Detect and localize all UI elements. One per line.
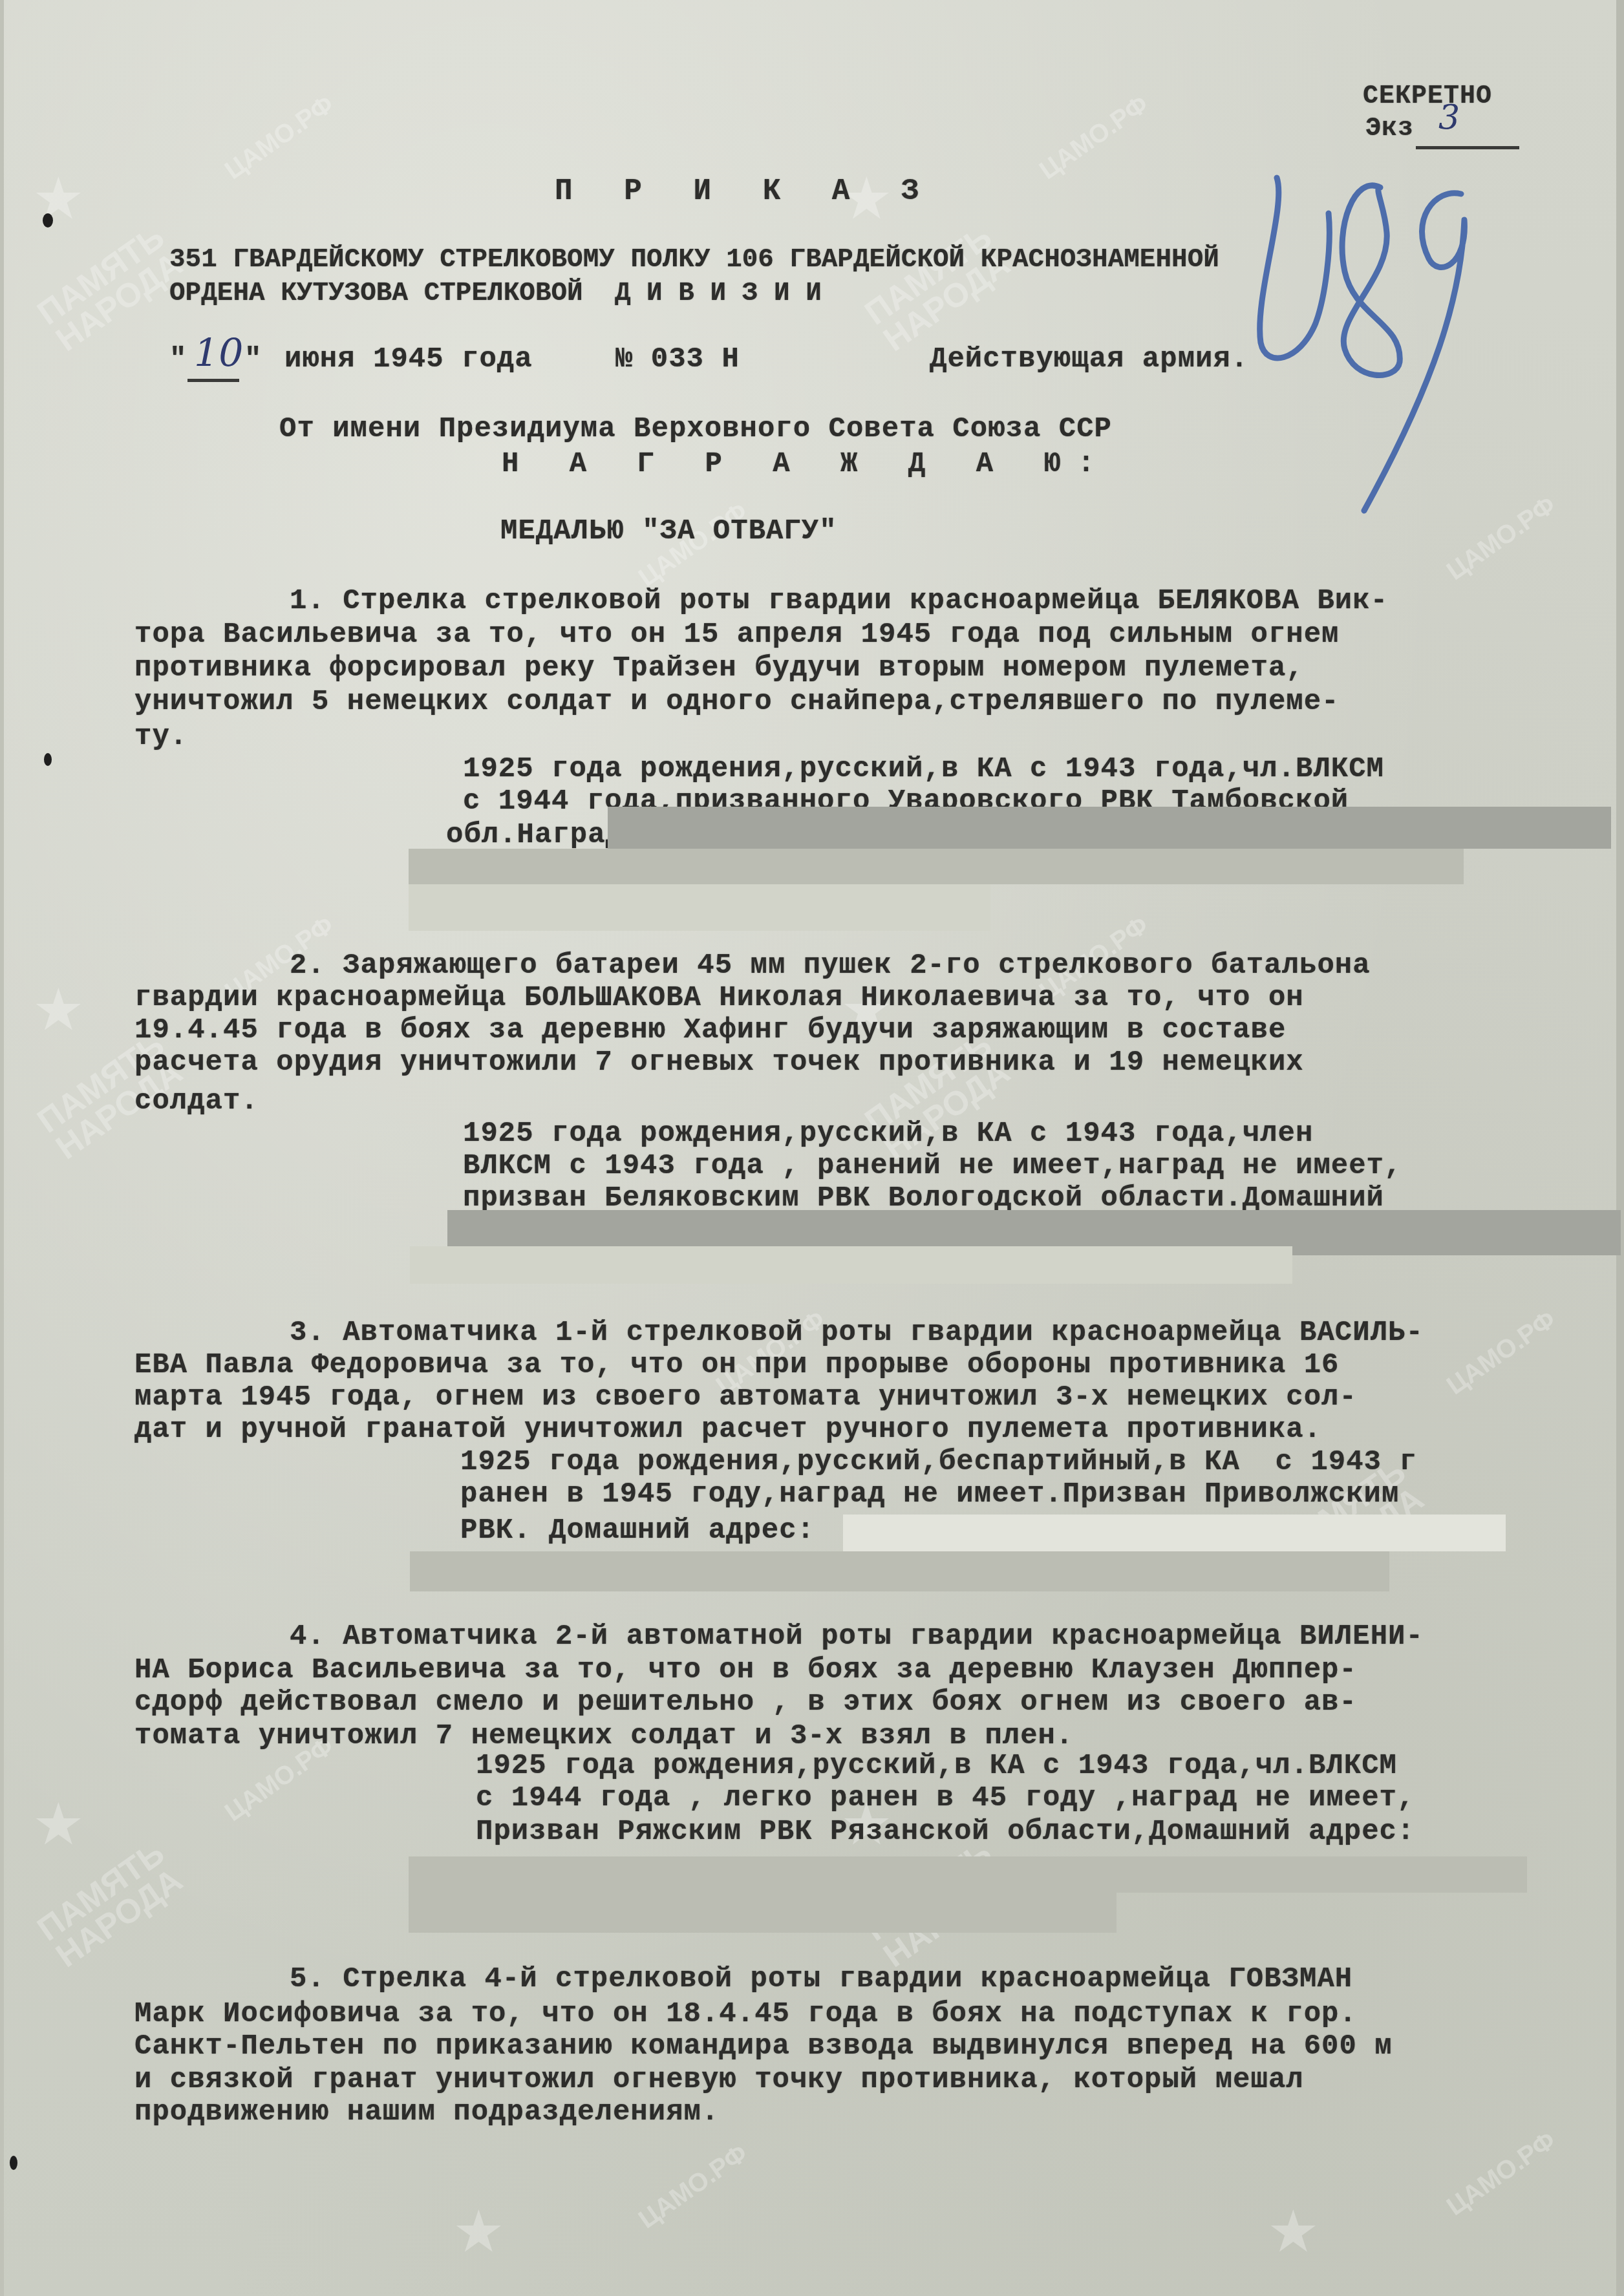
citation-line: 1. Стрелка стрелковой роты гвардии красн… xyxy=(290,583,1388,619)
page-edge-left xyxy=(0,0,4,2296)
preamble-award-verb: Н А Г Р А Ж Д А Ю: xyxy=(502,446,1111,482)
copy-number-underline xyxy=(1416,146,1519,149)
details-line: ВЛКСМ с 1943 года , ранений не имеет,наг… xyxy=(463,1148,1402,1184)
watermark-star-icon: ★ xyxy=(32,165,85,233)
medal-name: МЕДАЛЬЮ "ЗА ОТВАГУ" xyxy=(500,513,837,549)
date-quote-close: " xyxy=(244,341,262,377)
document-title: П Р И К А З xyxy=(555,173,936,209)
copy-label: Экз xyxy=(1365,114,1414,145)
citation-line: тора Васильевича за то, что он 15 апреля… xyxy=(134,617,1340,653)
watermark-archive: ЦАМО.РФ xyxy=(1442,1305,1561,1401)
date-day: 10 xyxy=(194,331,243,376)
citation-line: ЕВА Павла Федоровича за то, что он при п… xyxy=(134,1347,1340,1383)
watermark-star-icon: ★ xyxy=(32,976,85,1044)
citation-line: Марк Иосифовича за то, что он 18.4.45 го… xyxy=(134,1996,1357,2032)
redacted-address xyxy=(410,1246,1292,1284)
details-line: 1925 года рождения,русский,беспартийный,… xyxy=(460,1444,1417,1480)
citation-line: 3. Автоматчика 1-й стрелковой роты гвард… xyxy=(290,1315,1424,1351)
order-location: Действующая армия. xyxy=(930,341,1248,377)
citation-line: 4. Автоматчика 2-й автоматной роты гвард… xyxy=(290,1619,1424,1655)
redacted-address xyxy=(409,1893,1116,1933)
punch-hole xyxy=(44,753,52,766)
details-line: РВК. Домашний адрес: xyxy=(460,1513,815,1549)
citation-line: 2. Заряжающего батареи 45 мм пушек 2-го … xyxy=(290,948,1371,984)
date-day-underline xyxy=(187,379,239,382)
order-date: июня 1945 года xyxy=(284,341,533,377)
details-line: 1925 года рождения,русский,в КА с 1943 г… xyxy=(476,1748,1397,1784)
classification-label: СЕКРЕТНО xyxy=(1363,81,1492,112)
details-line: 1925 года рождения,русский,в КА с 1943 г… xyxy=(463,751,1384,787)
redacted-address xyxy=(843,1515,1506,1551)
citation-line: дат и ручной гранатой уничтожил расчет р… xyxy=(134,1412,1321,1448)
citation-line: 19.4.45 года в боях за деревню Хафинг бу… xyxy=(134,1012,1286,1048)
redacted-address xyxy=(409,884,990,931)
redacted-address xyxy=(608,807,1611,849)
order-number: № 033 Н xyxy=(615,341,740,377)
watermark-project: ПАМЯТЬНАРОДА xyxy=(32,220,188,357)
copy-number: 3 xyxy=(1438,98,1460,137)
handwritten-registration-mark xyxy=(1215,168,1474,517)
citation-line: 5. Стрелка 4-й стрелковой роты гвардии к… xyxy=(290,1961,1352,1997)
citation-line: продвижению нашим подразделениям. xyxy=(134,2094,719,2131)
redacted-address xyxy=(409,849,1464,884)
details-line: с 1944 года , легко ранен в 45 году ,наг… xyxy=(476,1780,1415,1816)
document-page: ЦАМО.РФ ЦАМО.РФ ЦАМО.РФ ЦАМО.РФ ЦАМО.РФ … xyxy=(0,0,1624,2296)
details-line: ранен в 1945 году,наград не имеет.Призва… xyxy=(460,1476,1399,1513)
redacted-address xyxy=(1292,1246,1621,1255)
watermark-archive: ЦАМО.РФ xyxy=(634,2139,753,2235)
citation-line: гвардии красноармейца БОЛЬШАКОВА Николая… xyxy=(134,980,1304,1016)
citation-line: ту. xyxy=(134,719,187,755)
citation-line: и связкой гранат уничтожил огневую точку… xyxy=(134,2062,1304,2098)
citation-line: сдорф действовал смело и решительно , в … xyxy=(134,1685,1357,1721)
watermark-star-icon: ★ xyxy=(1267,2198,1319,2266)
unit-line-2: ОРДЕНА КУТУЗОВА СТРЕЛКОВОЙ Д И В И З И И xyxy=(169,275,822,312)
page-edge-right xyxy=(1616,0,1624,2296)
details-line: Призван Ряжским РВК Рязанской области,До… xyxy=(476,1814,1415,1850)
preamble-line: От имени Президиума Верховного Совета Со… xyxy=(279,411,1112,447)
punch-hole xyxy=(43,213,53,228)
unit-line-1: 351 ГВАРДЕЙСКОМУ СТРЕЛКОВОМУ ПОЛКУ 106 Г… xyxy=(169,242,1219,278)
redacted-address xyxy=(447,1210,1621,1246)
citation-line: противника форсировал реку Трайзен будуч… xyxy=(134,650,1304,686)
date-quote-open: " xyxy=(169,341,187,377)
citation-line: марта 1945 года, огнем из своего автомат… xyxy=(134,1379,1357,1416)
watermark-archive: ЦАМО.РФ xyxy=(1442,2126,1561,2222)
details-line: 1925 года рождения,русский,в КА с 1943 г… xyxy=(463,1116,1313,1152)
watermark-project: ПАМЯТЬНАРОДА xyxy=(860,220,1016,357)
redacted-address xyxy=(409,1856,1527,1893)
redacted-address xyxy=(410,1551,1389,1591)
watermark-star-icon: ★ xyxy=(32,1791,85,1858)
citation-line: расчета орудия уничтожили 7 огневых точе… xyxy=(134,1045,1304,1081)
citation-line: Санкт-Пельтен по приказанию командира вз… xyxy=(134,2028,1393,2065)
watermark-archive: ЦАМО.РФ xyxy=(1034,90,1154,186)
citation-line: солдат. xyxy=(134,1083,259,1120)
punch-hole xyxy=(10,2156,17,2170)
watermark-star-icon: ★ xyxy=(453,2198,505,2266)
citation-line: уничтожил 5 немецких солдат и одного сна… xyxy=(134,684,1340,720)
watermark-archive: ЦАМО.РФ xyxy=(220,90,339,186)
citation-line: НА Бориса Васильевича за то, что он в бо… xyxy=(134,1652,1357,1688)
